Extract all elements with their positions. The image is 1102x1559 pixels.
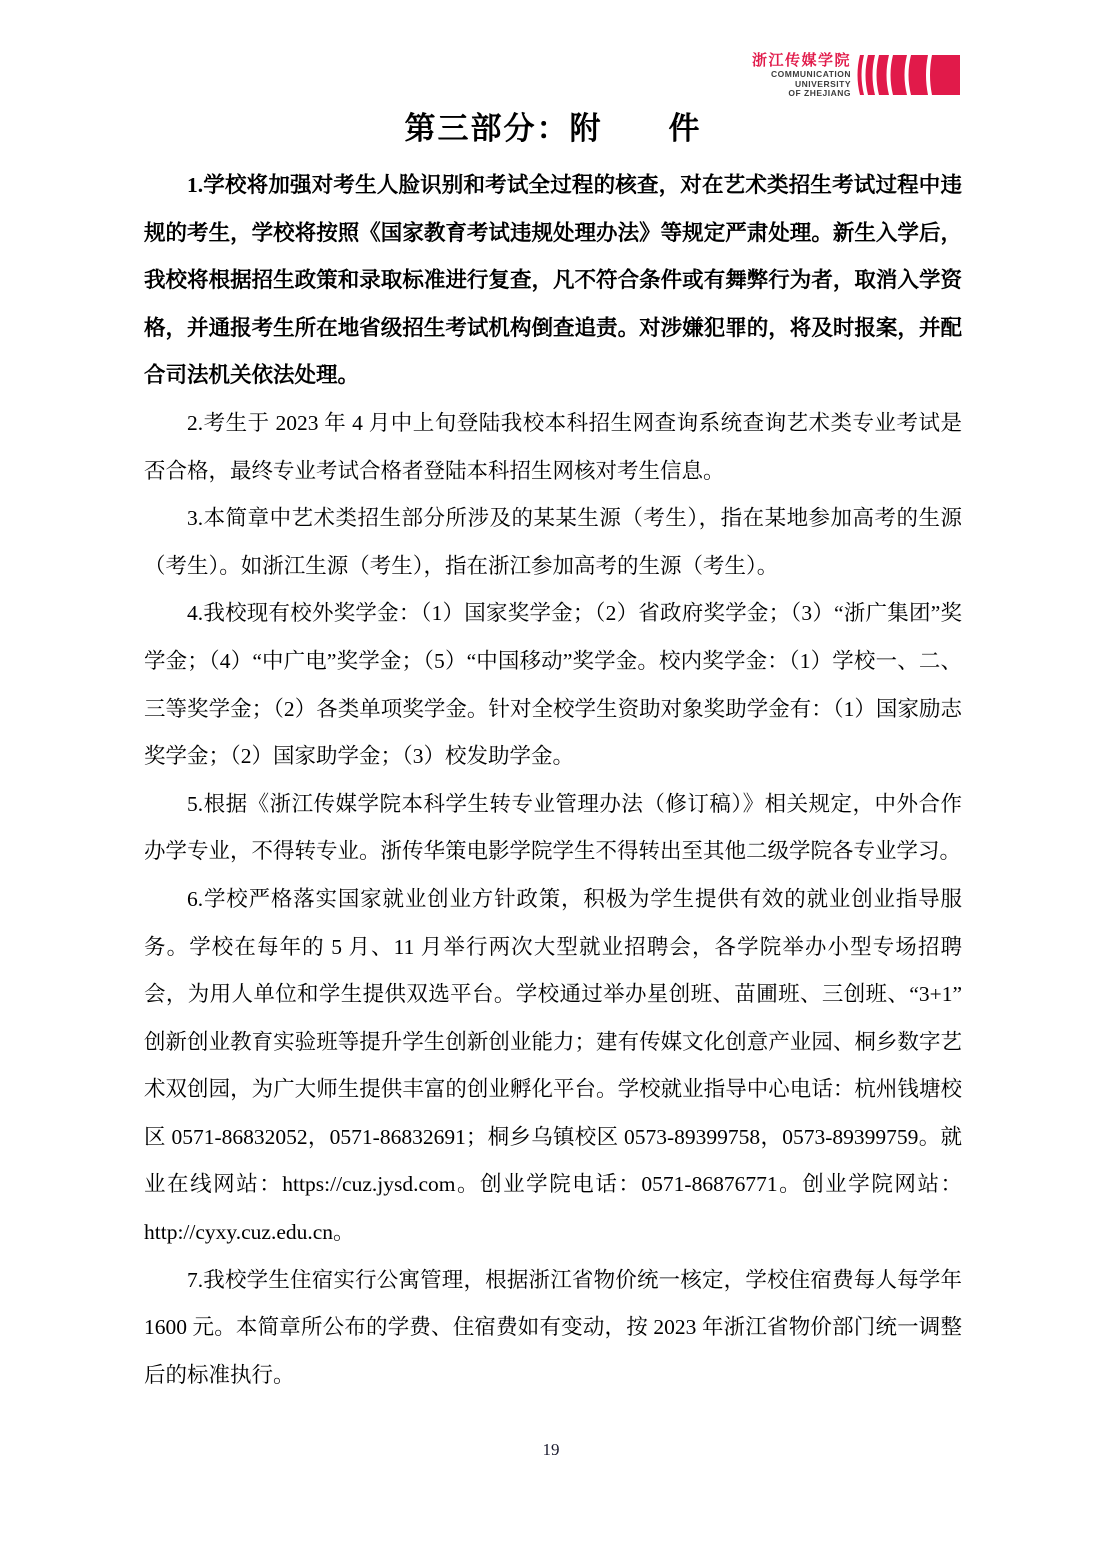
body-paragraph-6: 6.学校严格落实国家就业创业方针政策，积极为学生提供有效的就业创业指导服务。学校…	[144, 876, 962, 1257]
body-paragraph-3: 3.本简章中艺术类招生部分所涉及的某某生源（考生），指在某地参加高考的生源（考生…	[144, 495, 962, 590]
section-title: 第三部分：附 件	[144, 103, 962, 148]
body-paragraph-1: 1.学校将加强对考生人脸识别和考试全过程的核查，对在艺术类招生考试过程中违规的考…	[144, 162, 962, 400]
logo-wave-bars-icon	[856, 47, 960, 95]
body-paragraph-7: 7.我校学生住宿实行公寓管理，根据浙江省物价统一核定，学校住宿费每人每学年 16…	[144, 1257, 962, 1400]
logo-chinese-name: 浙江传媒学院	[744, 53, 851, 70]
document-page: 浙江传媒学院 COMMUNICATION UNIVERSITY OF ZHEJI…	[0, 0, 1102, 1559]
document-body: 1.学校将加强对考生人脸识别和考试全过程的核查，对在艺术类招生考试过程中违规的考…	[144, 162, 962, 1399]
body-paragraph-4: 4.我校现有校外奖学金：（1）国家奖学金；（2）省政府奖学金；（3）“浙广集团”…	[144, 590, 962, 780]
university-logo: 浙江传媒学院 COMMUNICATION UNIVERSITY OF ZHEJI…	[744, 47, 960, 105]
body-paragraph-2: 2.考生于 2023 年 4 月中上旬登陆我校本科招生网查询系统查询艺术类专业考…	[144, 400, 962, 495]
page-number: 19	[0, 1440, 1102, 1460]
logo-text-block: 浙江传媒学院 COMMUNICATION UNIVERSITY OF ZHEJI…	[744, 47, 851, 99]
body-paragraph-5: 5.根据《浙江传媒学院本科学生转专业管理办法（修订稿）》相关规定，中外合作办学专…	[144, 781, 962, 876]
logo-english-name-line3: OF ZHEJIANG	[744, 89, 851, 99]
